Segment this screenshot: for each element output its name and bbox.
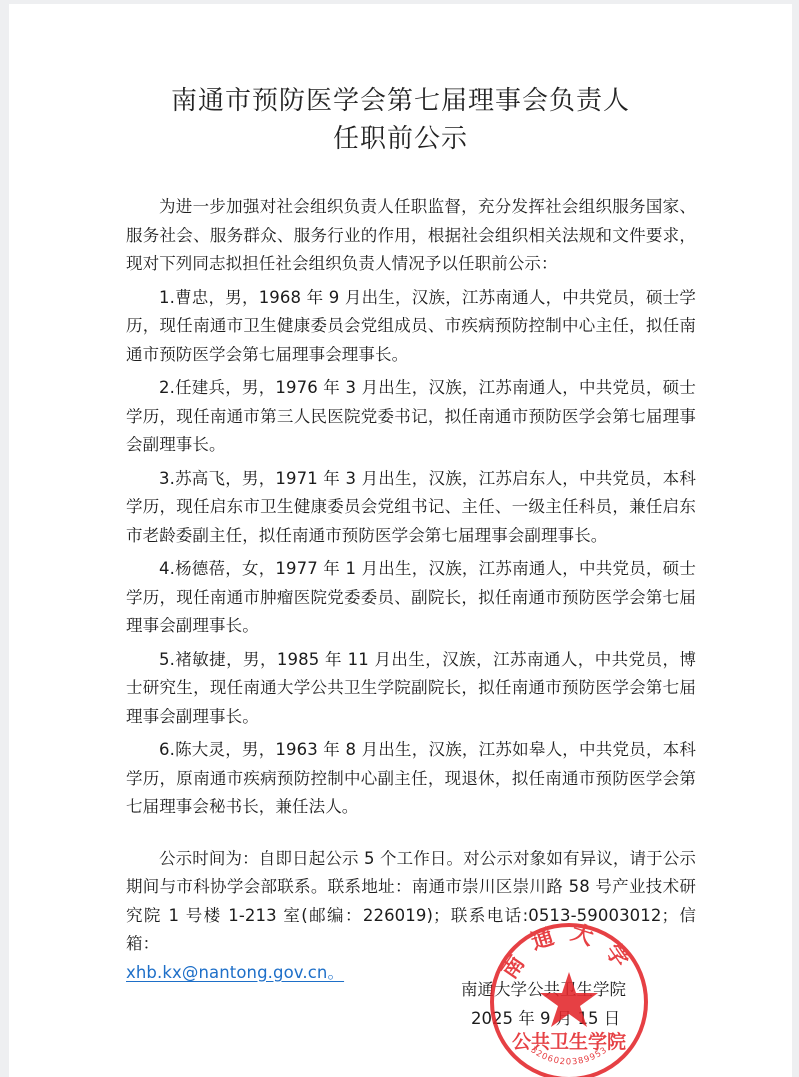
candidate-paragraph: 4.杨德蓓，女，1977 年 1 月出生，汉族，江苏南通人，中共党员，硕士学历，…	[126, 555, 696, 641]
signature-org: 南通大学公共卫生学院	[461, 976, 626, 1005]
document-page: 南通市预防医学会第七届理事会负责人 任职前公示 为进一步加强对社会组织负责人任职…	[9, 4, 792, 1077]
page-title: 南通市预防医学会第七届理事会负责人 任职前公示	[9, 82, 792, 158]
candidate-paragraph: 1.曹忠，男，1968 年 9 月出生，汉族，江苏南通人，中共党员，硕士学历，现…	[126, 284, 696, 370]
svg-text:公共卫生学院: 公共卫生学院	[512, 1030, 626, 1053]
email-link[interactable]: xhb.kx@nantong.gov.cn。	[126, 963, 344, 982]
intro-paragraph: 为进一步加强对社会组织负责人任职监督，充分发挥社会组织服务国家、服务社会、服务群…	[126, 193, 696, 279]
candidate-paragraph: 5.褚敏捷，男，1985 年 11 月出生，汉族，江苏南通人，中共党员，博士研究…	[126, 646, 696, 732]
document-body: 为进一步加强对社会组织负责人任职监督，充分发挥社会组织服务国家、服务社会、服务群…	[126, 193, 696, 992]
candidate-paragraph: 2.任建兵，男，1976 年 3 月出生，汉族，江苏南通人，中共党员，硕士学历，…	[126, 374, 696, 460]
signature-date: 2025 年 9 月 15 日	[461, 1005, 626, 1034]
title-line-1: 南通市预防医学会第七届理事会负责人	[9, 82, 792, 120]
notice-text: 公示时间为：自即日起公示 5 个工作日。对公示对象如有异议，请于公示期间与市科协…	[126, 849, 696, 954]
candidate-paragraph: 3.苏高飞，男，1971 年 3 月出生，汉族，江苏启东人，中共党员，本科学历，…	[126, 465, 696, 551]
signature-block: 南通大学公共卫生学院 2025 年 9 月 15 日	[461, 976, 626, 1033]
candidate-paragraph: 6.陈大灵，男，1963 年 8 月出生，汉族，江苏如皋人，中共党员，本科学历，…	[126, 736, 696, 822]
svg-text:3206020389953: 3206020389953	[528, 1045, 609, 1067]
title-line-2: 任职前公示	[9, 120, 792, 158]
notice-paragraph: 公示时间为：自即日起公示 5 个工作日。对公示对象如有异议，请于公示期间与市科协…	[126, 845, 696, 988]
